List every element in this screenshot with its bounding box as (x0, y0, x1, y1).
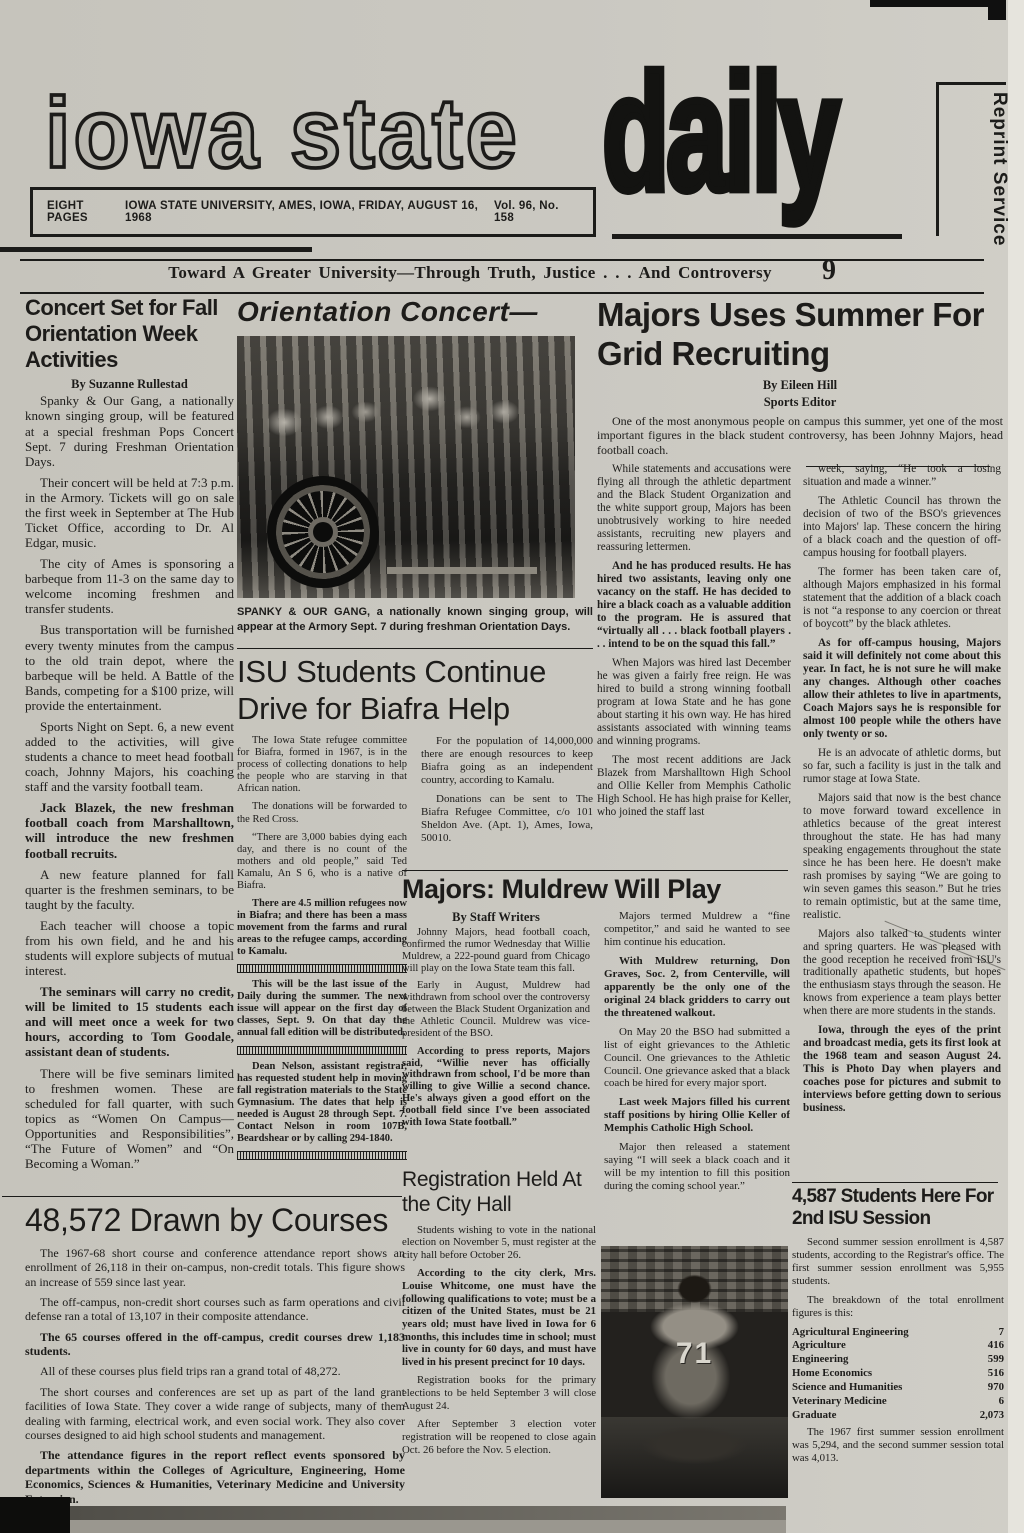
article-paragraph: Jack Blazek, the new freshman football c… (25, 800, 234, 860)
article-paragraph: Johnny Majors, head football coach, conf… (402, 927, 590, 974)
article-headline: ISU Students Continue Drive for Biafra H… (237, 654, 595, 727)
article-paragraph: On May 20 the BSO had submitted a list o… (604, 1026, 790, 1091)
article-paragraph: Sports Night on Sept. 6, a new event add… (25, 719, 234, 794)
photo-caption-lead: SPANKY & OUR GANG, (237, 606, 370, 618)
article-paragraph: Iowa, through the eyes of the print and … (803, 1024, 1001, 1115)
enrollment-row: Graduate2,073 (792, 1409, 1004, 1422)
masthead-volume-number: Vol. 96, No. 158 (494, 200, 579, 224)
notice-paragraph: Dean Nelson, assistant registrar, has re… (237, 1061, 407, 1145)
article-voter-registration: Registration Held At the City Hall Stude… (402, 1168, 596, 1530)
article-headline: Registration Held At the City Hall (402, 1168, 596, 1218)
reprint-service-label: Reprint Service (988, 92, 1010, 246)
article-paragraph: Last week Majors filled his current staf… (604, 1096, 790, 1135)
article-paragraph: The 1967 first summer session enrollment… (792, 1426, 1004, 1465)
article-paragraph: Registration books for the primary elect… (402, 1374, 596, 1412)
article-headline: 48,572 Drawn by Courses (25, 1202, 405, 1240)
notice-paragraph: This will be the last issue of the Daily… (237, 979, 407, 1039)
masthead-dateline: IOWA STATE UNIVERSITY, AMES, IOWA, FRIDA… (125, 200, 494, 224)
scan-margin-strip (1008, 0, 1024, 1533)
article-paragraph: There are 4.5 million refugees now in Bi… (237, 898, 407, 958)
article-column-left: The Iowa State refugee committee for Bia… (237, 735, 407, 1166)
enrollment-row: Agricultural Engineering7 (792, 1326, 1004, 1339)
photo-caption: SPANKY & OUR GANG, a nationally known si… (237, 605, 593, 635)
article-paragraph: There will be five seminars limited to f… (25, 1066, 234, 1172)
player-figure-graphic (601, 1246, 788, 1498)
article-paragraph: And he has produced results. He has hire… (597, 560, 791, 651)
masthead-pages-label: EIGHT PAGES (47, 200, 125, 224)
article-paragraph: The most recent additions are Jack Blaze… (597, 754, 791, 819)
enrollment-row: Agriculture416 (792, 1339, 1004, 1352)
motto-top-rule (20, 259, 984, 261)
article-paragraph: Majors said that now is the best chance … (803, 792, 1001, 922)
spanky-our-gang-photo (237, 336, 575, 598)
article-paragraph: When Majors was hired last December he w… (597, 657, 791, 748)
article-paragraph: The attendance figures in the report ref… (25, 1448, 405, 1506)
masthead-title-daily: daily (602, 50, 837, 216)
section-rule (402, 870, 788, 871)
article-paragraph: The 1967-68 short course and conference … (25, 1246, 405, 1289)
orientation-concert-photo-block: Orientation Concert— SPANKY & OUR GANG, … (237, 296, 593, 648)
article-paragraph: Second summer session enrollment is 4,58… (792, 1236, 1004, 1288)
article-paragraph: Students wishing to vote in the national… (402, 1224, 596, 1262)
enrollment-row: Engineering599 (792, 1353, 1004, 1366)
jersey-number: 71 (601, 1337, 788, 1371)
column-separator-rule (806, 466, 990, 467)
article-paragraph: Each teacher will choose a topic from hi… (25, 918, 234, 978)
scan-band-light (70, 1520, 786, 1533)
article-headline: Majors: Muldrew Will Play (402, 874, 790, 906)
article-byline: By Staff Writers (402, 910, 590, 924)
article-second-session-enrollment: 4,587 Students Here For 2nd ISU Session … (792, 1186, 1004, 1533)
article-lead-paragraph: One of the most anonymous people on camp… (597, 414, 1003, 457)
article-column-right: week, saying, “He took a losing situatio… (803, 463, 1001, 1121)
article-paragraph: The former has been taken care of, altho… (803, 566, 1001, 631)
handwritten-page-mark: 9 (822, 255, 836, 287)
notice-divider (237, 964, 407, 973)
article-paragraph: A new feature planned for fall quarter i… (25, 867, 234, 912)
article-paragraph: While statements and accusations were fl… (597, 463, 791, 554)
masthead-bottom-rule (0, 247, 312, 252)
masthead-title-outline: iowa state (45, 84, 520, 183)
notice-divider (237, 1046, 407, 1055)
article-paragraph: All of these courses plus field trips ra… (25, 1364, 405, 1378)
article-paragraph: The Iowa State refugee committee for Bia… (237, 735, 407, 795)
article-paragraph: The short courses and conferences are se… (25, 1385, 405, 1443)
scan-band-dark (0, 1497, 70, 1533)
scan-band-mid (70, 1506, 786, 1520)
article-paragraph: According to press reports, Majors said,… (402, 1046, 590, 1129)
article-paragraph: Their concert will be held at 7:3 p.m. i… (25, 475, 234, 550)
article-byline: By Eileen Hill (597, 378, 1003, 393)
article-paragraph: With Muldrew returning, Don Graves, Soc.… (604, 955, 790, 1020)
article-paragraph: Donations can be sent to The Biafra Refu… (421, 793, 593, 845)
daily-underline (612, 234, 902, 239)
article-column-right: For the population of 14,000,000 there a… (421, 735, 593, 851)
article-paragraph: Majors also talked to students winter an… (803, 928, 1001, 1019)
section-rule (2, 1196, 402, 1197)
article-paragraph: Early in August, Muldrew had withdrawn f… (402, 980, 590, 1039)
article-byline-title: Sports Editor (597, 395, 1003, 410)
article-concert-orientation: Concert Set for Fall Orientation Week Ac… (25, 295, 234, 1198)
article-paragraph: The Athletic Council has thrown the deci… (803, 495, 1001, 560)
enrollment-row: Veterinary Medicine6 (792, 1395, 1004, 1408)
enrollment-row: Home Economics516 (792, 1367, 1004, 1380)
article-paragraph: Majors termed Muldrew a “fine competitor… (604, 910, 790, 949)
article-paragraph: The seminars will carry no credit, will … (25, 984, 234, 1059)
article-paragraph: The donations will be forwarded to the R… (237, 801, 407, 825)
article-column-left: While statements and accusations were fl… (597, 463, 791, 825)
article-paragraph: He is an advocate of athletic dorms, but… (803, 747, 1001, 786)
car-wheel-hub (313, 522, 333, 542)
enrollment-row: Science and Humanities970 (792, 1381, 1004, 1394)
masthead-info-box: EIGHT PAGES IOWA STATE UNIVERSITY, AMES,… (30, 187, 596, 237)
article-paragraph: The city of Ames is sponsoring a barbequ… (25, 556, 234, 616)
newspaper-front-page: iowa state daily EIGHT PAGES IOWA STATE … (0, 0, 1024, 1533)
article-paragraph: Bus transportation will be furnished eve… (25, 622, 234, 712)
article-paragraph: Major then released a statement saying “… (604, 1141, 790, 1193)
article-column-left: By Staff Writers Johnny Majors, head foo… (402, 910, 590, 1135)
section-rule (237, 648, 593, 649)
masthead-right-rule (936, 84, 939, 236)
article-paragraph: The breakdown of the total enrollment fi… (792, 1294, 1004, 1320)
article-paragraph: As for off-campus housing, Majors said i… (803, 637, 1001, 741)
article-paragraph: For the population of 14,000,000 there a… (421, 735, 593, 787)
scan-artifact (988, 0, 1006, 20)
article-headline: Majors Uses Summer For Grid Recruiting (597, 296, 1003, 374)
article-short-courses: 48,572 Drawn by Courses The 1967-68 shor… (25, 1202, 405, 1532)
article-column-right: Majors termed Muldrew a “fine competitor… (604, 910, 790, 1199)
article-headline: 4,587 Students Here For 2nd ISU Session (792, 1186, 1004, 1231)
article-paragraph: After September 3 election voter registr… (402, 1418, 596, 1456)
car-wheel-graphic (267, 476, 379, 588)
article-paragraph: Spanky & Our Gang, a nationally known si… (25, 393, 234, 468)
car-runboard-graphic (387, 567, 537, 574)
scan-artifact (870, 0, 988, 7)
article-paragraph: The off-campus, non-credit short courses… (25, 1295, 405, 1324)
corner-rule (936, 82, 1006, 85)
article-headline: Concert Set for Fall Orientation Week Ac… (25, 295, 234, 373)
article-paragraph: According to the city clerk, Mrs. Louise… (402, 1267, 596, 1368)
football-player-photo: 71 (601, 1246, 788, 1498)
newspaper-motto: Toward A Greater University—Through Trut… (130, 263, 810, 283)
photo-kicker-headline: Orientation Concert— (237, 296, 593, 328)
motto-bottom-rule (20, 292, 984, 294)
notice-divider (237, 1151, 407, 1160)
article-byline: By Suzanne Rullestad (25, 377, 234, 392)
article-paragraph: “There are 3,000 babies dying each day, … (237, 832, 407, 892)
section-rule (792, 1182, 998, 1183)
enrollment-table: Agricultural Engineering7 Agriculture416… (792, 1326, 1004, 1423)
article-paragraph: The 65 courses offered in the off-campus… (25, 1330, 405, 1359)
